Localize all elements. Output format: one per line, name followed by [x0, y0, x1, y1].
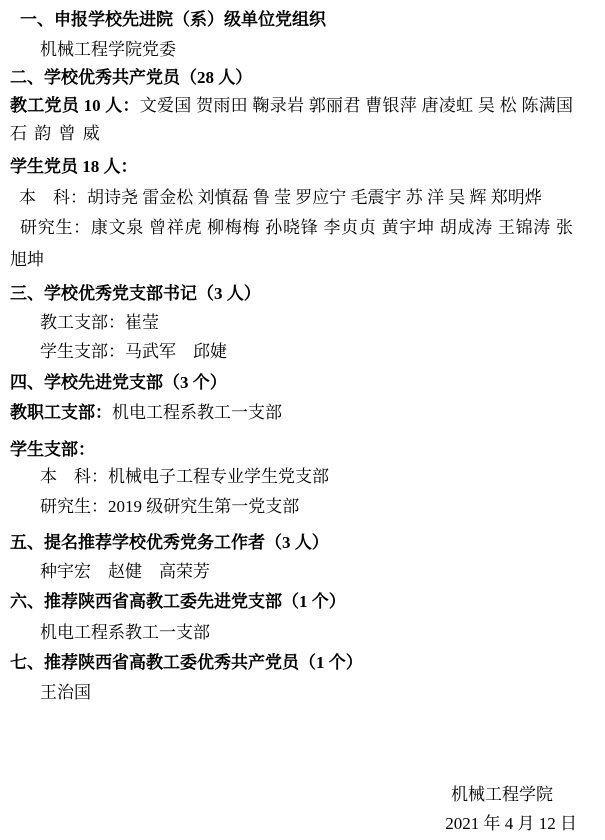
student-members-label: 学生党员 18 人： — [10, 156, 138, 177]
section-6-heading: 六、推荐陕西省高教工委先进党支部（1 个） — [10, 591, 346, 612]
student-branch-label: 学生支部： — [10, 439, 95, 460]
section-5-heading: 五、提名推荐学校优秀党务工作者（3 人） — [10, 532, 329, 553]
section-1-heading: 一、申报学校先进院（系）级单位党组织 — [20, 9, 326, 30]
grad-branch-line: 研究生：2019 级研究生第一党支部 — [40, 496, 299, 517]
teacher-members-line: 教工党员 10 人：文爱国 贺雨田 鞠录岩 郭丽君 曹银萍 唐凌虹 吴 松 陈满… — [10, 95, 573, 116]
party-worker-names: 种宇宏 赵健 高荣芳 — [40, 561, 210, 582]
section-7-heading: 七、推荐陕西省高教工委优秀共产党员（1 个） — [10, 652, 363, 673]
teacher-members-names: 文爱国 贺雨田 鞠录岩 郭丽君 曹银萍 唐凌虹 吴 松 陈满国 — [140, 96, 573, 115]
provincial-branch-item: 机电工程系教工一支部 — [40, 622, 210, 643]
grad-members-cont: 旭坤 — [10, 249, 44, 270]
document-page: 一、申报学校先进院（系）级单位党组织 机械工程学院党委 二、学校优秀共产党员（2… — [0, 0, 605, 840]
signature-org: 机械工程学院 — [451, 784, 553, 805]
student-branch-secretary-line: 学生支部：马武军 邱婕 — [40, 341, 227, 362]
section-1-item: 机械工程学院党委 — [40, 39, 176, 60]
undergrad-branch-line: 本 科：机械电子工程专业学生党支部 — [40, 466, 329, 487]
provincial-member-item: 王治国 — [40, 682, 91, 703]
signature-date: 2021 年 4 月 12 日 — [445, 813, 577, 834]
section-3-heading: 三、学校优秀党支部书记（3 人） — [10, 283, 261, 304]
staff-branch-line: 教职工支部：机电工程系教工一支部 — [10, 402, 282, 423]
teacher-branch-secretary-line: 教工支部：崔莹 — [40, 312, 159, 333]
grad-members-line: 研究生：康文泉 曾祥虎 柳梅梅 孙晓锋 李贞贞 黄宇坤 胡成涛 王锦涛 张 — [20, 217, 573, 238]
section-2-heading: 二、学校优秀共产党员（28 人） — [10, 67, 252, 88]
teacher-members-names-cont: 石 韵 曾 威 — [10, 123, 100, 144]
undergrad-members-line: 本 科：胡诗尧 雷金松 刘慎磊 鲁 莹 罗应宁 毛震宇 苏 洋 吴 辉 郑明烨 — [19, 187, 542, 208]
staff-branch-label: 教职工支部： — [10, 403, 112, 422]
staff-branch-value: 机电工程系教工一支部 — [112, 403, 282, 422]
section-4-heading: 四、学校先进党支部（3 个） — [10, 372, 227, 393]
teacher-members-label: 教工党员 10 人： — [10, 96, 140, 115]
